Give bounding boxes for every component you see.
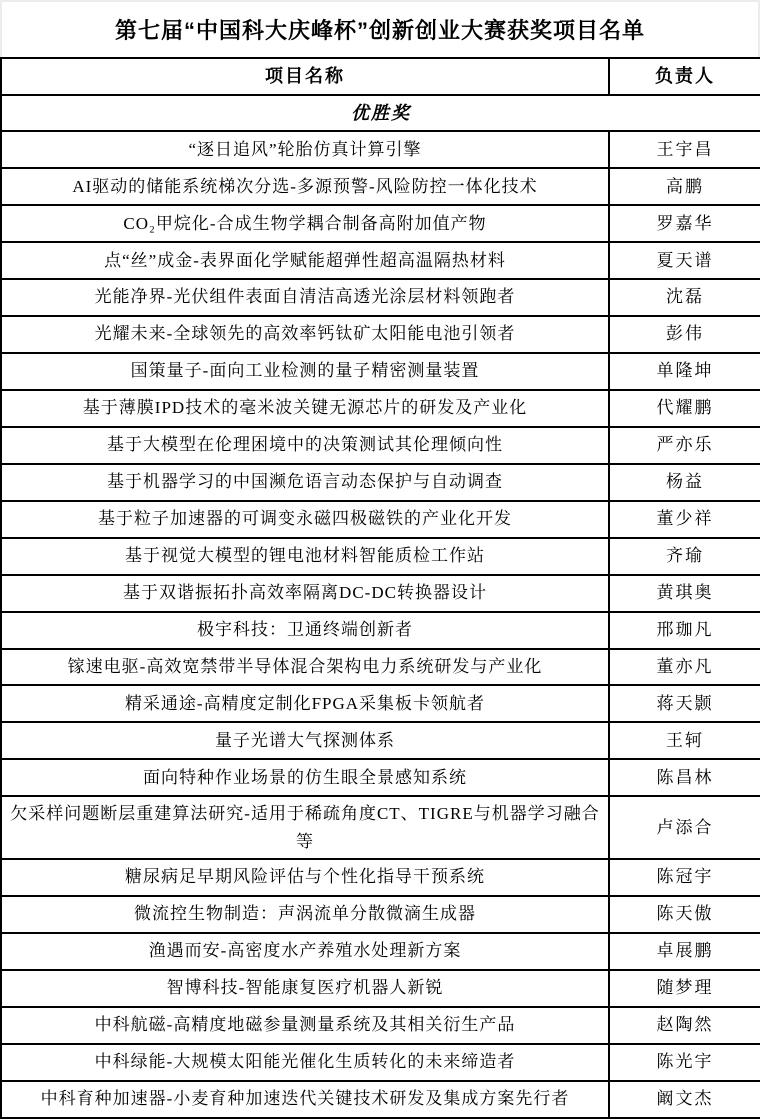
leader-name-cell: 随梦理 <box>609 970 760 1007</box>
table-row: 镓速电驱-高效宽禁带半导体混合架构电力系统研发与产业化 董亦凡 <box>1 649 760 686</box>
award-table: 项目名称 负责人 优胜奖 “逐日追风”轮胎仿真计算引擎 王宇昌 AI驱动的储能系… <box>0 57 760 1119</box>
table-row: 中科航磁-高精度地磁参量测量系统及其相关衍生产品 赵陶然 <box>1 1007 760 1044</box>
table-row: 微流控生物制造：声涡流单分散微滴生成器 陈天傲 <box>1 896 760 933</box>
table-row: 欠采样问题断层重建算法研究-适用于稀疏角度CT、TIGRE与机器学习融合等 卢添… <box>1 796 760 859</box>
project-name-cell: 中科绿能-大规模太阳能光催化生质转化的未来缔造者 <box>1 1044 609 1081</box>
section-label: 优胜奖 <box>1 95 760 132</box>
leader-name-cell: 彭伟 <box>609 316 760 353</box>
table-row: 国策量子-面向工业检测的量子精密测量装置 单隆坤 <box>1 353 760 390</box>
project-name-cell: 量子光谱大气探测体系 <box>1 722 609 759</box>
table-row: 光耀未来-全球领先的高效率钙钛矿太阳能电池引领者 彭伟 <box>1 316 760 353</box>
table-body: “逐日追风”轮胎仿真计算引擎 王宇昌 AI驱动的储能系统梯次分选-多源预警-风险… <box>1 131 760 1118</box>
project-name-cell: AI驱动的储能系统梯次分选-多源预警-风险防控一体化技术 <box>1 168 609 205</box>
leader-name-cell: 严亦乐 <box>609 427 760 464</box>
table-row: 中科育种加速器-小麦育种加速迭代关键技术研发及集成方案先行者 阚文杰 <box>1 1081 760 1118</box>
project-name-cell: 微流控生物制造：声涡流单分散微滴生成器 <box>1 896 609 933</box>
table-row: 量子光谱大气探测体系 王轲 <box>1 722 760 759</box>
table-row: 中科绿能-大规模太阳能光催化生质转化的未来缔造者 陈光宇 <box>1 1044 760 1081</box>
leader-name-cell: 罗嘉华 <box>609 205 760 242</box>
project-name-cell: “逐日追风”轮胎仿真计算引擎 <box>1 131 609 168</box>
leader-name-cell: 沈磊 <box>609 279 760 316</box>
leader-name-cell: 邢珈凡 <box>609 612 760 649</box>
table-row: 糖尿病足早期风险评估与个性化指导干预系统 陈冠宇 <box>1 859 760 896</box>
leader-name-cell: 王轲 <box>609 722 760 759</box>
leader-name-cell: 赵陶然 <box>609 1007 760 1044</box>
table-row: 基于薄膜IPD技术的毫米波关键无源芯片的研发及产业化 代耀鹏 <box>1 390 760 427</box>
leader-name-cell: 卢添合 <box>609 796 760 859</box>
project-name-cell: 基于机器学习的中国濒危语言动态保护与自动调查 <box>1 464 609 501</box>
project-name-cell: 镓速电驱-高效宽禁带半导体混合架构电力系统研发与产业化 <box>1 649 609 686</box>
leader-name-cell: 单隆坤 <box>609 353 760 390</box>
project-name-cell: 基于大模型在伦理困境中的决策测试其伦理倾向性 <box>1 427 609 464</box>
leader-name-cell: 齐瑜 <box>609 538 760 575</box>
table-row: 基于视觉大模型的锂电池材料智能质检工作站 齐瑜 <box>1 538 760 575</box>
table-row: CO₂甲烷化-合成生物学耦合制备高附加值产物 罗嘉华 <box>1 205 760 242</box>
leader-name-cell: 陈冠宇 <box>609 859 760 896</box>
project-name-cell: 糖尿病足早期风险评估与个性化指导干预系统 <box>1 859 609 896</box>
leader-name-cell: 王宇昌 <box>609 131 760 168</box>
project-name-cell: 点“丝”成金-表界面化学赋能超弹性超高温隔热材料 <box>1 242 609 279</box>
section-row: 优胜奖 <box>1 95 760 132</box>
project-name-cell: 基于薄膜IPD技术的毫米波关键无源芯片的研发及产业化 <box>1 390 609 427</box>
column-header-project-name: 项目名称 <box>1 58 609 95</box>
project-name-cell: 基于粒子加速器的可调变永磁四极磁铁的产业化开发 <box>1 501 609 538</box>
leader-name-cell: 董少祥 <box>609 501 760 538</box>
table-row: 极宇科技：卫通终端创新者 邢珈凡 <box>1 612 760 649</box>
project-name-cell: 国策量子-面向工业检测的量子精密测量装置 <box>1 353 609 390</box>
project-name-cell: 光能净界-光伏组件表面自清洁高透光涂层材料领跑者 <box>1 279 609 316</box>
leader-name-cell: 陈昌林 <box>609 759 760 796</box>
title-block: 第七届“中国科大庆峰杯”创新创业大赛获奖项目名单 <box>0 0 760 57</box>
project-name-cell: 基于视觉大模型的锂电池材料智能质检工作站 <box>1 538 609 575</box>
table-row: “逐日追风”轮胎仿真计算引擎 王宇昌 <box>1 131 760 168</box>
leader-name-cell: 陈天傲 <box>609 896 760 933</box>
column-header-leader: 负责人 <box>609 58 760 95</box>
project-name-cell: 渔遇而安-高密度水产养殖水处理新方案 <box>1 933 609 970</box>
project-name-cell: 极宇科技：卫通终端创新者 <box>1 612 609 649</box>
table-row: 智博科技-智能康复医疗机器人新锐 随梦理 <box>1 970 760 1007</box>
table-row: 基于双谐振拓扑高效率隔离DC-DC转换器设计 黄琪奥 <box>1 575 760 612</box>
leader-name-cell: 阚文杰 <box>609 1081 760 1118</box>
table-row: 渔遇而安-高密度水产养殖水处理新方案 卓展鹏 <box>1 933 760 970</box>
table-row: 基于粒子加速器的可调变永磁四极磁铁的产业化开发 董少祥 <box>1 501 760 538</box>
project-name-cell: 精采通途-高精度定制化FPGA采集板卡领航者 <box>1 685 609 722</box>
leader-name-cell: 夏天谱 <box>609 242 760 279</box>
project-name-cell: 光耀未来-全球领先的高效率钙钛矿太阳能电池引领者 <box>1 316 609 353</box>
table-row: 基于大模型在伦理困境中的决策测试其伦理倾向性 严亦乐 <box>1 427 760 464</box>
table-row: 面向特种作业场景的仿生眼全景感知系统 陈昌林 <box>1 759 760 796</box>
leader-name-cell: 陈光宇 <box>609 1044 760 1081</box>
project-name-cell: 智博科技-智能康复医疗机器人新锐 <box>1 970 609 1007</box>
leader-name-cell: 代耀鹏 <box>609 390 760 427</box>
project-name-cell: 中科航磁-高精度地磁参量测量系统及其相关衍生产品 <box>1 1007 609 1044</box>
table-row: AI驱动的储能系统梯次分选-多源预警-风险防控一体化技术 高鹏 <box>1 168 760 205</box>
leader-name-cell: 董亦凡 <box>609 649 760 686</box>
leader-name-cell: 蒋天颢 <box>609 685 760 722</box>
leader-name-cell: 高鹏 <box>609 168 760 205</box>
project-name-cell: 中科育种加速器-小麦育种加速迭代关键技术研发及集成方案先行者 <box>1 1081 609 1118</box>
page-title: 第七届“中国科大庆峰杯”创新创业大赛获奖项目名单 <box>115 14 645 45</box>
leader-name-cell: 卓展鹏 <box>609 933 760 970</box>
project-name-cell: 基于双谐振拓扑高效率隔离DC-DC转换器设计 <box>1 575 609 612</box>
leader-name-cell: 杨益 <box>609 464 760 501</box>
project-name-cell: 面向特种作业场景的仿生眼全景感知系统 <box>1 759 609 796</box>
leader-name-cell: 黄琪奥 <box>609 575 760 612</box>
project-name-cell: CO₂甲烷化-合成生物学耦合制备高附加值产物 <box>1 205 609 242</box>
project-name-cell: 欠采样问题断层重建算法研究-适用于稀疏角度CT、TIGRE与机器学习融合等 <box>1 796 609 859</box>
document-page: 第七届“中国科大庆峰杯”创新创业大赛获奖项目名单 项目名称 负责人 优胜奖 “逐… <box>0 0 760 1119</box>
table-row: 精采通途-高精度定制化FPGA采集板卡领航者 蒋天颢 <box>1 685 760 722</box>
table-row: 基于机器学习的中国濒危语言动态保护与自动调查 杨益 <box>1 464 760 501</box>
table-header-row: 项目名称 负责人 <box>1 58 760 95</box>
table-row: 点“丝”成金-表界面化学赋能超弹性超高温隔热材料 夏天谱 <box>1 242 760 279</box>
table-row: 光能净界-光伏组件表面自清洁高透光涂层材料领跑者 沈磊 <box>1 279 760 316</box>
